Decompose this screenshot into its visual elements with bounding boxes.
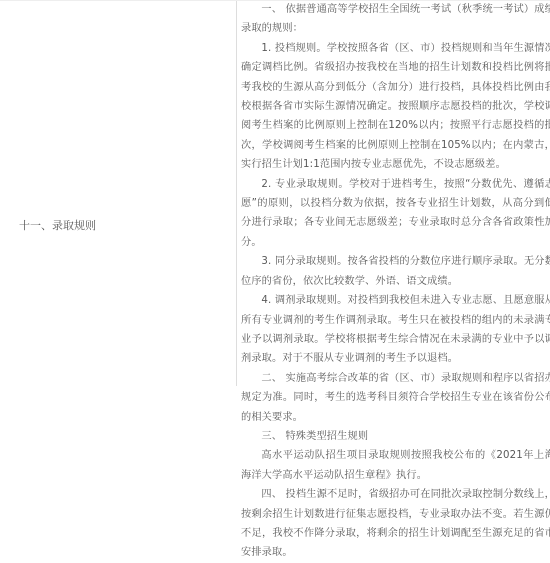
rule-paragraph-filing: 1. 投档规则。学校按照各省（区、市）投档规则和当年生源情况确定调档比例。省级招…	[241, 39, 550, 175]
rule-paragraph-heading-1: 一、 依据普通高等学校招生全国统一考试（秋季统一考试）成绩录取的规则：	[241, 0, 550, 39]
rules-content: 一、 依据普通高等学校招生全国统一考试（秋季统一考试）成绩录取的规则： 1. 投…	[241, 0, 550, 385]
section-title: 十一、录取规则	[19, 218, 96, 234]
row-label-cell: 十一、录取规则	[0, 1, 237, 385]
rule-paragraph-tie-score: 3. 同分录取规则。按各省投档的分数位序进行顺序录取。无分数位序的省份，依次比较…	[241, 252, 550, 291]
rule-paragraph-adjustment: 4. 调剂录取规则。对投档到我校但未进入专业志愿、且愿意服从所有专业调剂的考生作…	[241, 291, 550, 369]
row-content-cell: 一、 依据普通高等学校招生全国统一考试（秋季统一考试）成绩录取的规则： 1. 投…	[237, 1, 550, 385]
rule-paragraph-reform-provinces: 二、 实施高考综合改革的省（区、市）录取规则和程序以省招办规定为准。同时，考生的…	[241, 369, 550, 385]
admission-rules-table: 十一、录取规则 一、 依据普通高等学校招生全国统一考试（秋季统一考试）成绩录取的…	[0, 0, 550, 385]
rule-paragraph-major-admission: 2. 专业录取规则。学校对于进档考生，按照“分数优先、遵循志愿”的原则，以投档分…	[241, 175, 550, 253]
